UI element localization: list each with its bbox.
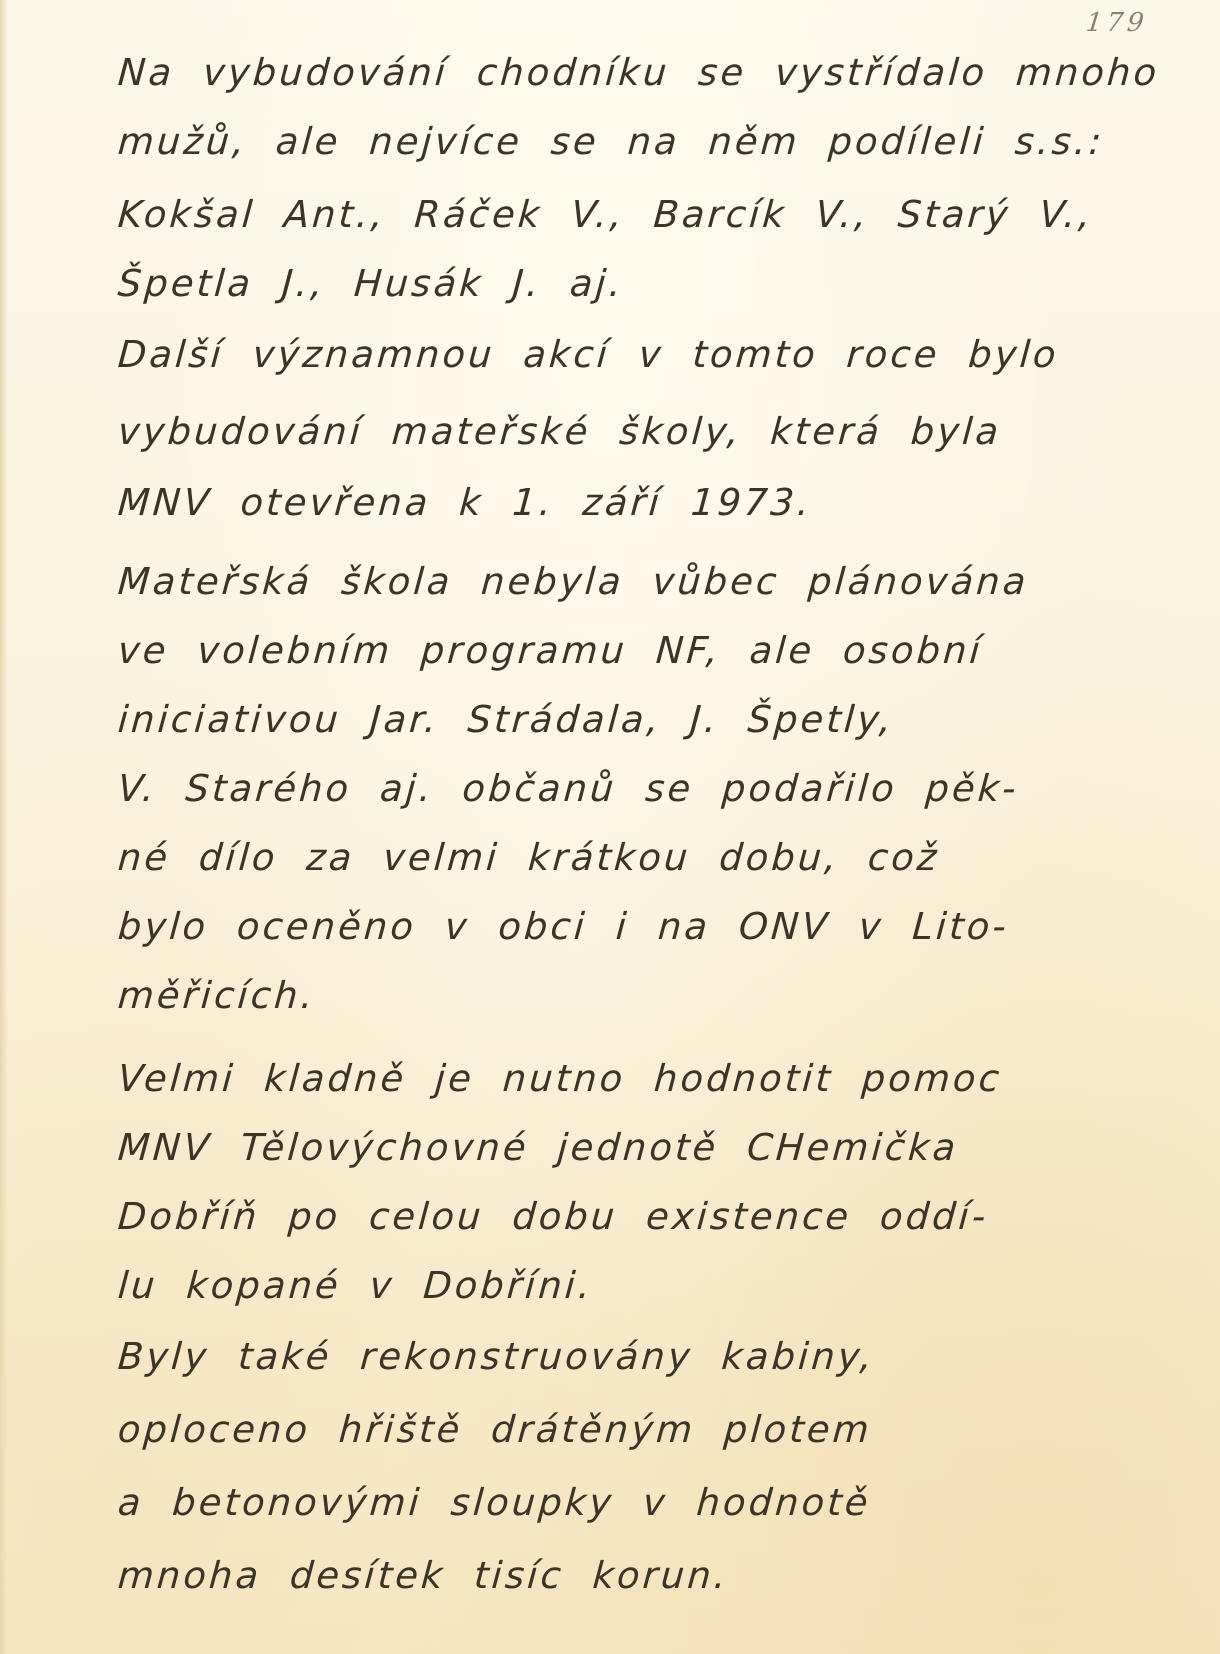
text-line: lu kopané v Dobříni.: [116, 1251, 1121, 1320]
text-line: iniciativou Jar. Strádala, J. Špetly,: [116, 685, 1121, 754]
text-line: V. Starého aj. občanů se podařilo pěk-: [116, 754, 1121, 823]
text-line: MNV Tělovýchovné jednotě CHemička: [116, 1113, 1121, 1182]
text-line: vybudování mateřské školy, která byla: [116, 397, 1121, 466]
handwritten-text-body: Na vybudování chodníku se vystřídalo mno…: [118, 38, 1118, 1610]
text-line: Špetla J., Husák J. aj.: [116, 249, 1121, 318]
text-line: Dobříň po celou dobu existence oddí-: [116, 1182, 1121, 1251]
text-line: mužů, ale nejvíce se na něm podíleli s.s…: [116, 107, 1121, 176]
text-line: Mateřská škola nebyla vůbec plánována: [116, 547, 1121, 616]
page-number: 179: [1085, 8, 1150, 38]
text-line: MNV otevřena k 1. září 1973.: [116, 468, 1121, 537]
text-line: Na vybudování chodníku se vystřídalo mno…: [116, 38, 1121, 107]
text-line: Velmi kladně je nutno hodnotit pomoc: [116, 1044, 1121, 1113]
text-line: oploceno hřiště drátěným plotem: [116, 1395, 1121, 1464]
text-line: a betonovými sloupky v hodnotě: [116, 1468, 1121, 1537]
text-line: měřicích.: [116, 961, 1121, 1030]
text-line: né dílo za velmi krátkou dobu, což: [116, 823, 1121, 892]
text-line: Kokšal Ant., Ráček V., Barcík V., Starý …: [116, 180, 1121, 249]
text-line: Byly také rekonstruovány kabiny,: [116, 1322, 1121, 1391]
text-line: ve volebním programu NF, ale osobní: [116, 616, 1121, 685]
chronicle-page: 179 Na vybudování chodníku se vystřídalo…: [0, 0, 1220, 1654]
text-line: bylo oceněno v obci i na ONV v Lito-: [116, 892, 1121, 961]
page-binding-edge: [0, 0, 8, 1654]
text-line: Další významnou akcí v tomto roce bylo: [116, 320, 1121, 389]
text-line: mnoha desítek tisíc korun.: [116, 1541, 1121, 1610]
